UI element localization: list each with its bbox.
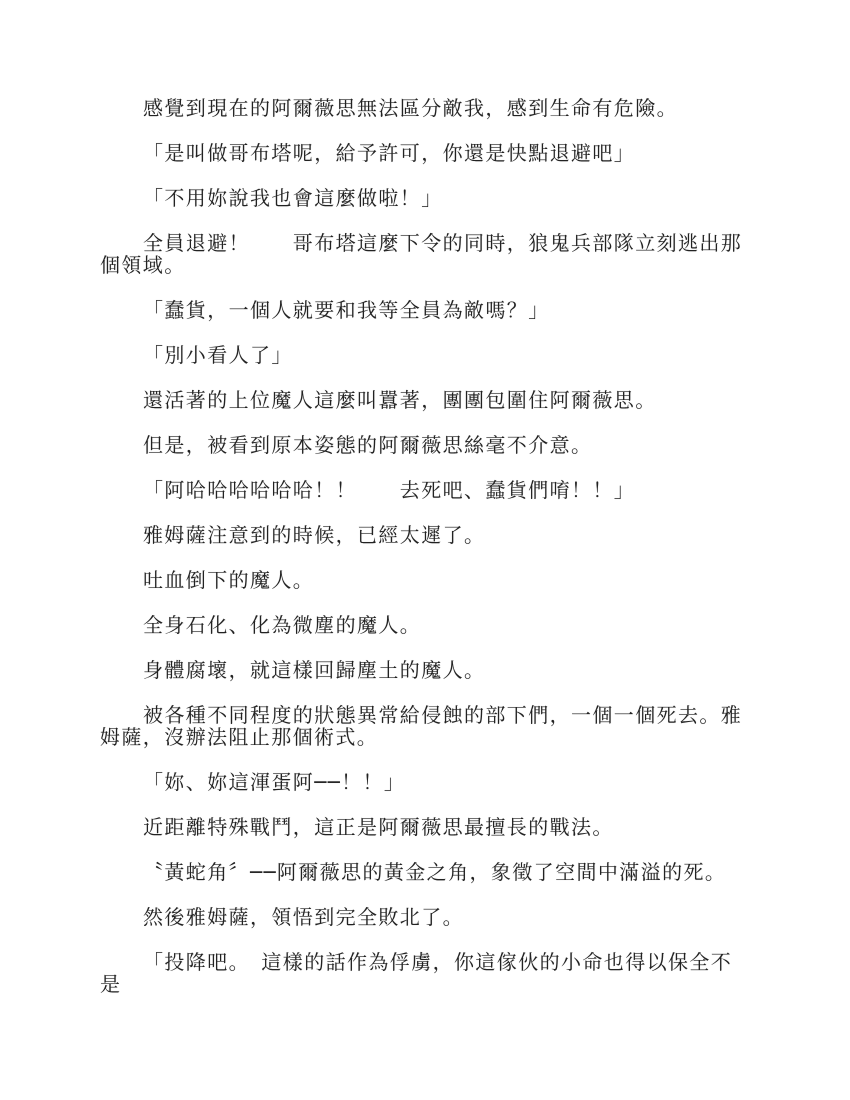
paragraph-1: 感覺到現在的阿爾薇思無法區分敵我，感到生命有危險。 xyxy=(100,97,745,119)
paragraph-10: 雅姆薩注意到的時候，已經太遲了。 xyxy=(100,524,745,546)
document-page: 感覺到現在的阿爾薇思無法區分敵我，感到生命有危險。 「是叫做哥布塔呢，給予許可，… xyxy=(100,97,745,1018)
paragraph-15: 「妳、妳這渾蛋阿──！！」 xyxy=(100,771,745,793)
paragraph-5: 「蠢貨，一個人就要和我等全員為敵嗎？」 xyxy=(100,299,745,321)
paragraph-7: 還活著的上位魔人這麼叫囂著，團團包圍住阿爾薇思。 xyxy=(100,389,745,411)
paragraph-11: 吐血倒下的魔人。 xyxy=(100,569,745,591)
paragraph-17: 〝黃蛇角〞──阿爾薇思的黃金之角，象徵了空間中滿溢的死。 xyxy=(100,861,745,883)
paragraph-18: 然後雅姆薩，領悟到完全敗北了。 xyxy=(100,906,745,928)
paragraph-2: 「是叫做哥布塔呢，給予許可，你還是快點退避吧」 xyxy=(100,142,745,164)
paragraph-19: 「投降吧。 這樣的話作為俘虜，你這傢伙的小命也得以保全不是 xyxy=(100,951,745,995)
paragraph-9: 「阿哈哈哈哈哈哈！！ 去死吧、蠢貨們唷！！」 xyxy=(100,479,745,501)
paragraph-12: 全身石化、化為微塵的魔人。 xyxy=(100,614,745,636)
paragraph-14: 被各種不同程度的狀態異常給侵蝕的部下們，一個一個死去。雅姆薩，沒辦法阻止那個術式… xyxy=(100,704,745,748)
paragraph-13: 身體腐壞，就這樣回歸塵土的魔人。 xyxy=(100,659,745,681)
paragraph-8: 但是，被看到原本姿態的阿爾薇思絲毫不介意。 xyxy=(100,434,745,456)
paragraph-16: 近距離特殊戰鬥，這正是阿爾薇思最擅長的戰法。 xyxy=(100,816,745,838)
paragraph-4: 全員退避！ 哥布塔這麼下令的同時，狼鬼兵部隊立刻逃出那個領域。 xyxy=(100,232,745,276)
paragraph-6: 「別小看人了」 xyxy=(100,344,745,366)
paragraph-3: 「不用妳說我也會這麼做啦！」 xyxy=(100,187,745,209)
